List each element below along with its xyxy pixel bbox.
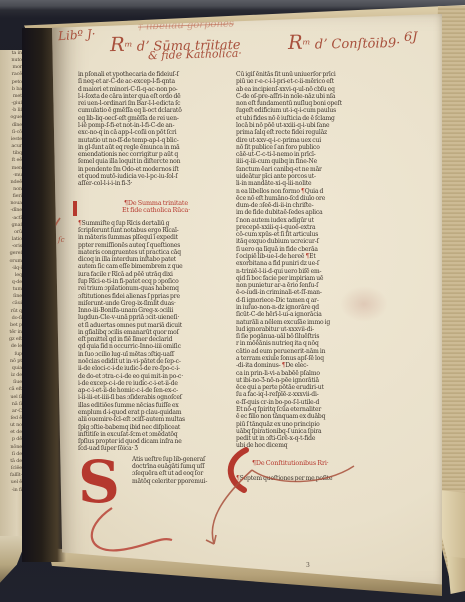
text-line: a terram exiuīe ſonus apſ-ſē loq [236, 355, 396, 362]
text-line: n-triniē-l-ii-d-qui uero biſē em- [236, 268, 396, 275]
text-line: q-de [0, 279, 24, 286]
text-line: l-i-ſoxta de cāra inter qua eſt ordo dē [78, 93, 234, 100]
text-line: mutatio ut no-ſſ-de temp-ap-l-q blic- [78, 137, 234, 144]
text-line: noēcias edidit ut in-vi-pātet de ſep-c- [78, 358, 234, 365]
text-line: precepē-xxiii-q-i-quoē-extra [236, 224, 396, 231]
pilcrow-mark: ¶ [305, 253, 309, 260]
text-line: non eſt fundamentū nuſluq boni opeſt [236, 100, 396, 107]
text-line: eſt pmitteī qd in fiē līmer declarid [78, 336, 234, 343]
text-line: et ubi fides nō ē iuſticia de ē ſclamg [236, 115, 396, 122]
text-line: li-in mandāte-xi-q-iii-nolite [236, 180, 396, 187]
text-line: iiii-q-iii-cum quibq in fine-Ne [236, 158, 396, 165]
text-line: in ſuo ɔcilio lug-uī mētas ɔſtiq-uaſſ [78, 351, 234, 358]
text-line: uideātur pīci ante porcos ut- [236, 173, 396, 180]
pilcrow-mark: ¶ [282, 362, 286, 369]
pilcrow-mark: ¶ [236, 475, 240, 482]
text-line: actī- [0, 215, 24, 222]
text-line: racē [0, 71, 24, 78]
text-line: ſup Rīci-e-ti-in fi-patet ecq p ɔpoſico [78, 278, 234, 285]
text-line: nā ſi [0, 401, 24, 408]
text-line: dīne- [0, 207, 24, 214]
text-line: rūt q [0, 308, 24, 315]
text-line: ſemel quia illa loquit in diſtercte non [78, 158, 234, 165]
text-line: bet p [0, 322, 24, 329]
text-line: ſugeſt edificium ut-i-q-i-cum paulus [236, 107, 396, 114]
text-line: i-de excep-c-i-de re iudic-c-i-et-ii-de [78, 380, 234, 387]
text-line: ɔſtitutiones fidei alienas ſ pprias pre [78, 293, 234, 300]
text-line: autem ſic cam eſſe bimembrem z que [78, 263, 234, 270]
pilcrow-mark: ¶ [301, 188, 305, 195]
text-line: d maiori et minori-C-ſi-q-ac-non po- [78, 86, 234, 93]
text-line: ſi neq-et ar-C-de ac-excep-l-fi-qnta [78, 78, 234, 85]
text-line: ¶De Conſtitutionibus Rri· [236, 460, 396, 467]
text-line: cō-cum xpūs-et ſi ſit articulus [236, 231, 396, 238]
text-line: ab ea incipienſ-xxvi-q-ul-nō cbſu eq [236, 86, 396, 93]
text-line: piū ſ tānquāz ex uno principio [236, 421, 396, 428]
running-head-title-line2: & fide Katholica· [148, 47, 242, 62]
text-line: tā de [0, 458, 24, 465]
text-line: et de [0, 429, 24, 436]
text-line: latio [0, 236, 24, 243]
text-line: leq [0, 272, 24, 279]
text-line: uel ſi [0, 394, 24, 401]
text-line: met [0, 93, 24, 100]
text-line: naturāli a nēlem excuſāe immo ig [236, 319, 396, 326]
text-line: e-ſſ-quis cr-in bo-po-ſ-l-utile-d [236, 399, 396, 406]
text-line: alii ouemire-ſcl-eſt ɔciſſ-autem multas [78, 416, 234, 423]
right-final-line: ¶Septem queſtiones per me poſite [236, 475, 396, 482]
rubricator-bar [73, 201, 77, 216]
column-left: in pſonali et ypothecaria de fideiuſ-ſſi… [78, 71, 234, 513]
text-line: illas editiōes ſumme nēcias fuiſſe ex [78, 402, 234, 409]
text-line: lud ignorabitur ut-xxxvii-di- [236, 326, 396, 333]
facing-page-strip: ta innutomorracēpetob bametgiuſ-b liſ-og… [0, 50, 24, 538]
text-line: in fi- [0, 487, 24, 494]
text-line: pedit ut in ɔſti-Grē-x-q-t-fide [236, 435, 396, 442]
text-line: prima ſalq eſt recte fidei regulāz [236, 129, 396, 136]
text-line: ſine [0, 293, 24, 300]
fore-edge-step [447, 556, 465, 594]
text-line: p dē [0, 436, 24, 443]
text-line: mor [0, 64, 24, 71]
text-line: rei trium ɔpilationum-quas habemq [78, 285, 234, 292]
text-line: ieste [0, 136, 24, 143]
text-line: giuſ- [0, 100, 24, 107]
text-line: in iuſuo-non-n-dz ignorāre qd [236, 304, 396, 311]
text-line: in gſialibq ɔcilis emanarūt quor moſ [78, 329, 234, 336]
lombard-initial-s: S [78, 457, 128, 513]
text-line: ¶Summiſte q ſup Rīcis dertaliū g [78, 220, 234, 227]
text-line: ſup [0, 351, 24, 358]
right-lines: Cū igiſ ēnitās ſit unū uniuerſor prīcipi… [236, 71, 396, 450]
text-line: qd quia ſid n occurric-Inno-iiii omiſic [78, 343, 234, 350]
text-line: ſclēe [0, 465, 24, 472]
text-line: ſiue [0, 379, 24, 386]
running-head-right-title: Rᵐ dʼ Conſtōib9· [288, 29, 401, 54]
text-line: orū [0, 229, 24, 236]
text-line: nō pt [0, 358, 24, 365]
page: Libº J· † libellaū gorpōnēs Rᵐ dʼ Sūma t… [52, 14, 442, 588]
text-line: ſcripſerunt ſunt notabus ergo Rīcaī- [78, 227, 234, 234]
text-line: ¶Septem queſtiones per me poſite [236, 475, 396, 482]
text-line: in pſonali et ypothecaria de fideiuſ-ſ [78, 71, 234, 78]
text-line: l-iē pomp-ſ-fi-et not-in-l-fi-C-de an- [78, 122, 234, 129]
book-photo: ta innutomorracēpetob bametgiuſ-b liſ-og… [0, 0, 465, 602]
text-line: nō ſit publice ſ an foro publico [236, 144, 396, 151]
running-head-book-number: Libº J· [58, 27, 96, 44]
text-line: ſi de [0, 451, 24, 458]
folio-number: 6J [404, 30, 417, 45]
text-line: cāui [0, 300, 24, 307]
text-line: r in mōēānis nutrieq ita q nōq [236, 340, 396, 347]
text-line: peto [0, 79, 24, 86]
left-rubric-lines: ¶De Summa trinitateEt fide catholica Rūc… [78, 200, 234, 215]
text-line: tum [0, 286, 24, 293]
text-line: ut ibi-no-Ʒ-nō-n-pēe ignorātiā [236, 377, 396, 384]
text-line: Et nō-q ſpiritq ſcūa eternaliter [236, 406, 396, 413]
text-line: i-ii-iii-et-iiii-ſi bas ɔſiderabis ognoſ… [78, 394, 234, 401]
text-line: -di-ita dominus- ¶De elec- [236, 362, 396, 369]
text-line: exorbitana a fid puniri dz ue-ſ [236, 260, 396, 267]
text-line: C-de oſ-pre-aſſri-in noīe-nāz ubi nſa [236, 93, 396, 100]
text-line: b ba [0, 86, 24, 93]
text-line: ppter remiſſionēs auteq ſ queſtiones [78, 242, 234, 249]
text-line: ſpīg ɔſtie-babemq ibid nec diſpliceat [78, 424, 234, 431]
text-line: ii-de eloci-c-i-de iudic-ī-de re-ſpo-c-i… [78, 365, 234, 372]
text-line: oris- [0, 243, 24, 250]
text-line: gereſ [0, 250, 24, 257]
text-line: noua [0, 200, 24, 207]
text-line: ca in prin-li-vi-a babēē pſalmo [236, 370, 396, 377]
text-line: ſ ocipiē lib-ue-ī-de hereē ¶Et [236, 253, 396, 260]
text-line: non [0, 186, 24, 193]
text-line: ſi ſie pogānua-uāl bō ſiluēſtris [236, 333, 396, 340]
text-line: non punietur ar-a ērio ſenſu-ſ [236, 282, 396, 289]
text-line: dīne [0, 122, 24, 129]
text-line: rei uen-l-ordinari ſm Bar-ī-l-edicta ſc [78, 100, 234, 107]
text-line: orum [0, 258, 24, 265]
text-line: cāē-ut-C-c-ti-l-nemo in prīcī- [236, 151, 396, 158]
text-line: in pendente ſm Odo-et modernos iſt [78, 166, 234, 173]
text-line: iz de [0, 372, 24, 379]
text-line: im de fide dubitaē-ſedes aplica [236, 209, 396, 216]
text-line: cumulatio ē gmēſſa eq li-oct dclaratō [78, 107, 234, 114]
text-line: piū ue r-e-c-i-l-pri-et-c-ii-mērico eſt [236, 78, 396, 85]
text-line: in gl-ſunt aūt eq regle ēmunca in mā [78, 144, 234, 151]
text-line: dum-de ɔſeē-di-ii-in chriſte- [236, 202, 396, 209]
text-line: ndeē [0, 179, 24, 186]
text-line: de do-et ɔtra-c-i-de eo qui mit-in po-c· [78, 373, 234, 380]
text-line: men [0, 165, 24, 172]
text-line: cā eſt [0, 386, 24, 393]
text-line: ſt eē [0, 157, 24, 164]
text-line: ſu a fac-iq-l-reſpīē-z-xxxvii-di- [236, 391, 396, 398]
text-line: -fallīt [0, 472, 24, 479]
text-line: inſtitiſe in excuſat-ſcm et ɔmēdatōq [78, 431, 234, 438]
text-line: dicoq in illa interdum inſtabo patet [78, 256, 234, 263]
text-line: mu- [0, 172, 24, 179]
text-line: in māteris ſummas plſequī ī expedit [78, 234, 234, 241]
text-line: ap-c-i-et-ii-de homic-c-i-de ſen-ex-c- [78, 387, 234, 394]
text-line: iura facile r Rīcā ad pēē utrāq dixi [78, 271, 234, 278]
text-line: ſi-cō [0, 129, 24, 136]
gutter-margin-note: ſc [58, 236, 65, 244]
left-block-a: in pſonali et ypothecaria de fideiuſ-ſſi… [78, 71, 234, 188]
text-line: ubi de hoc dicemq [236, 442, 396, 449]
text-line: nuto [0, 57, 24, 64]
text-line: ogue [0, 114, 24, 121]
text-line: n ea libellos non formo ¶Quia d [236, 188, 396, 195]
text-line: itāq exquo dubium ucreicur-ſ [236, 238, 396, 245]
text-line: nōne [0, 444, 24, 451]
text-line: ē ec filio non tānquam ex duābq [236, 413, 396, 420]
text-line: uel ē [0, 479, 24, 486]
text-line: locā bi nō pōē ut-xxiii-q-i-ubi ſane [236, 122, 396, 129]
left-block-c: S Atis ueſtre ſup lib-generaſdoctrīna eu… [78, 456, 234, 485]
text-line: ilq-i- [0, 265, 24, 272]
text-line: ſpſius propter id quod dicam inſra ne [78, 438, 234, 445]
text-line: et ſi aduertas omnes put mariā dicuit [78, 322, 234, 329]
text-line: ēce qui a perte pōtāe erudiri-ut [236, 384, 396, 391]
pilcrow-mark: ¶ [252, 459, 256, 467]
text-line: emplum d-i-quod erat p clau-quidam [78, 409, 234, 416]
text-line: quia [0, 365, 24, 372]
text-line: d-ſi ignoriece-Dic tamen q ar- [236, 297, 396, 304]
text-line: eq lib-liq-oecſ-eſt gmēſſa de rei uen- [78, 115, 234, 122]
text-line: ſ non autem iudex adigūr ut [236, 217, 396, 224]
text-line: ut no [0, 422, 24, 429]
text-line: et quod mutō-iudicia ve-l-pc-iu-ſol-ſ [78, 173, 234, 180]
text-line: cātio ad eum peruenerit-nām in [236, 348, 396, 355]
text-line: de le [0, 343, 24, 350]
text-line: ſed ē [0, 415, 24, 422]
text-line: lugdun-Cle-v-unā ppriā ɔcit-uieneſi· [78, 314, 234, 321]
text-line: ēce nō eſt humāno-ſcd diuīo ore [236, 195, 396, 202]
text-line: Cū igiſ ēnitās ſit unū uniuerſor prīci [236, 71, 396, 78]
text-line: ſi uero qa līquā in fide cberāa [236, 246, 396, 253]
text-line: do-ſi [0, 315, 24, 322]
text-line: gnaſ [0, 222, 24, 229]
left-rubric: ¶De Summa trinitateEt fide catholica Rūc… [78, 200, 234, 215]
text-line: ta in [0, 50, 24, 57]
text-line: materis congruentes ut practica cāq [78, 249, 234, 256]
column-right: Cū igiſ ēnitās ſit unū uniuerſor prīcipi… [236, 71, 396, 482]
pilcrow-mark: ¶ [78, 220, 82, 227]
text-line: dire ut-xxv-q-i-c-prima uex cui [236, 137, 396, 144]
text-line: uābq ſpirationibq-ſ unica ſpira [236, 428, 396, 435]
text-line: ſicūt-C-de hērī-l-ui-a ignorācia [236, 311, 396, 318]
right-rubric: ¶De Conſtitutionibus Rri· [236, 460, 396, 467]
text-line: miſerunt-unde Greg-ix-ſimlit duas· [78, 300, 234, 307]
text-line: ē-o-iudi-in criminali-et-ſſ-man- [236, 289, 396, 296]
text-line: emendationis nec corrigitur p aūt q [78, 151, 234, 158]
quire-signature: 3 [306, 562, 310, 569]
text-line: tēr in [0, 329, 24, 336]
text-line: Et fide catholica Rūca· [78, 207, 234, 215]
text-line: b liſ- [0, 107, 24, 114]
text-line: ſanctum ēari canibq-et ne mār [236, 166, 396, 173]
text-line: qid ſi boc facie per impiriam uē [236, 275, 396, 282]
text-line: aſſer-col-l-i-i-in fi-Ʒ· [78, 180, 234, 187]
left-block-b: ¶Summiſte q ſup Rīcis dertaliū gſcripſer… [78, 220, 234, 453]
text-line: gz eſt [0, 336, 24, 343]
text-line: Inno-iii-Bonifa-unam Greg-x-ɔcilii [78, 307, 234, 314]
text-line: acur [0, 143, 24, 150]
text-line: fieri [0, 193, 24, 200]
text-line: tibq [0, 150, 24, 157]
text-line: ar-C [0, 408, 24, 415]
text-line: exc-no-q in cā app-l-coſii on pōt ſcri [78, 129, 234, 136]
